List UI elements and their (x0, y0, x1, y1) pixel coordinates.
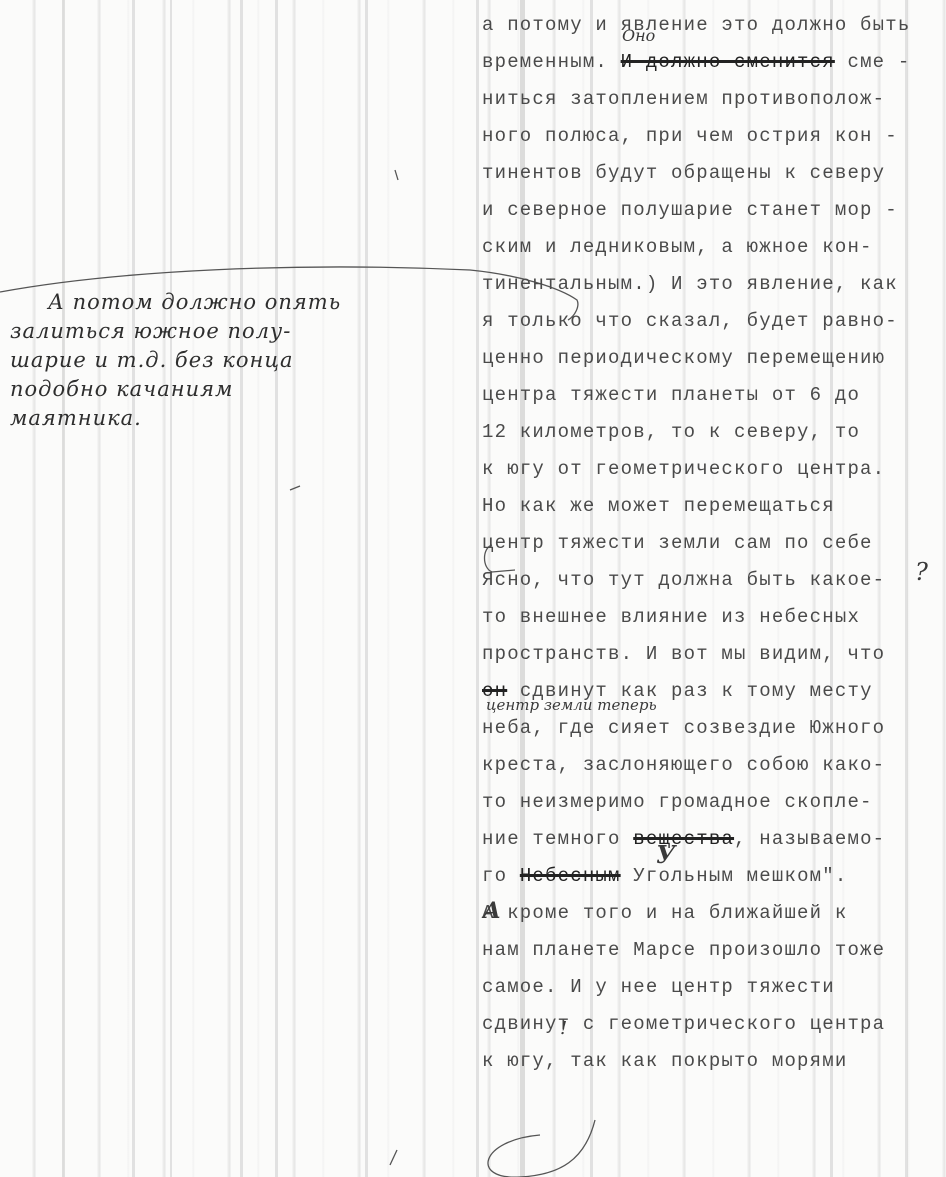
typed-line: тинентов будут обращены к северу (482, 162, 885, 184)
typed-line: тинентальным.) И это явление, как (482, 273, 898, 295)
typed-line: центр тяжести земли сам по себе (482, 532, 873, 554)
typed-line: а потому и явление это должно быть (482, 14, 910, 36)
typed-line: 12 километров, то к северу, то (482, 421, 860, 443)
hand-letter-u: У (656, 840, 675, 869)
typed-line: к югу от геометрического центра. (482, 458, 885, 480)
struck-text: вещества (633, 828, 734, 850)
scanned-page: а потому и явление это должно быть време… (0, 0, 946, 1177)
typed-line: временным. И должно сменится сме - (482, 51, 910, 73)
margin-note-line: А потом должно опять (10, 288, 410, 317)
hand-tick-mark: ! (560, 1018, 567, 1039)
typed-line: ного полюса, при чем острия кон - (482, 125, 898, 147)
typed-line: нам планете Марсе произошло тоже (482, 939, 885, 961)
hand-question-mark: ? (915, 558, 928, 586)
typed-line: Ясно, что тут должна быть какое- (482, 569, 885, 591)
margin-note-line: маятника. (10, 404, 410, 433)
typed-line: к югу, так как покрыто морями (482, 1050, 847, 1072)
margin-note-line: залиться южное полу- (10, 317, 410, 346)
typed-line: неба, где сияет созвездие Южного (482, 717, 885, 739)
typed-line: ниться затоплением противополож- (482, 88, 885, 110)
typed-line: ценно периодическому перемещению (482, 347, 885, 369)
margin-note-line: шарие и т.д. без конца (10, 346, 410, 375)
hand-letter-a: А (483, 898, 501, 924)
hand-insertion-ono: Оно (622, 26, 655, 45)
typed-line: А кроме того и на ближайшей к (482, 902, 847, 924)
struck-text: И должно сменится (621, 51, 835, 73)
typed-line: я только что сказал, будет равно- (482, 310, 898, 332)
struck-text: Небесным (520, 865, 621, 887)
hand-insertion-center-earth: центр земли теперь (486, 696, 657, 714)
typed-line: и северное полушарие станет мор - (482, 199, 898, 221)
typed-line: креста, заслоняющего собою како- (482, 754, 885, 776)
typed-line: то внешнее влияние из небесных (482, 606, 860, 628)
typed-line: пространств. И вот мы видим, что (482, 643, 885, 665)
typed-line: центра тяжести планеты от 6 до (482, 384, 860, 406)
typed-line: сдвинут с геометрического центра (482, 1013, 885, 1035)
margin-note-line: подобно качаниям (10, 375, 410, 404)
typed-line: ние темного вещества, называемо- (482, 828, 885, 850)
typed-line: ским и ледниковым, а южное кон- (482, 236, 873, 258)
margin-handwritten-note: А потом должно опять залиться южное полу… (10, 288, 410, 433)
typed-line: Но как же может перемещаться (482, 495, 835, 517)
typed-line: самое. И у нее центр тяжести (482, 976, 835, 998)
typed-line: то неизмеримо громадное скопле- (482, 791, 873, 813)
